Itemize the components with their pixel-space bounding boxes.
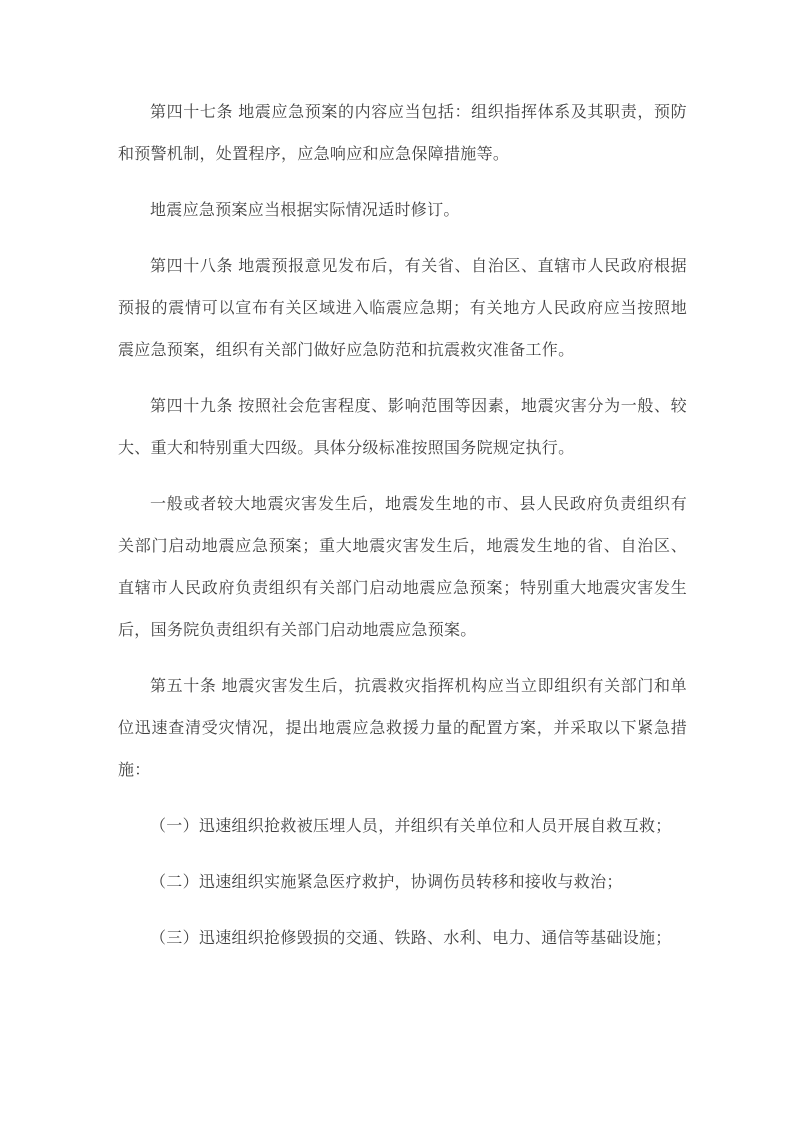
paragraph-article-48: 第四十八条 地震预报意见发布后，有关省、自治区、直辖市人民政府根据预报的震情可以… xyxy=(118,246,687,372)
paragraph-measure-item-3: （三）迅速组织抢修毁损的交通、铁路、水利、电力、通信等基础设施； xyxy=(118,918,687,960)
paragraph-article-47: 第四十七条 地震应急预案的内容应当包括：组织指挥体系及其职责，预防和预警机制，处… xyxy=(118,92,687,176)
paragraph-article-49: 第四十九条 按照社会危害程度、影响范围等因素，地震灾害分为一般、较大、重大和特别… xyxy=(118,386,687,470)
paragraph-plan-revision: 地震应急预案应当根据实际情况适时修订。 xyxy=(118,190,687,232)
paragraph-measure-item-1: （一）迅速组织抢救被压埋人员，并组织有关单位和人员开展自救互救； xyxy=(118,806,687,848)
document-page: 第四十七条 地震应急预案的内容应当包括：组织指挥体系及其职责，预防和预警机制，处… xyxy=(0,0,793,1122)
document-body: 第四十七条 地震应急预案的内容应当包括：组织指挥体系及其职责，预防和预警机制，处… xyxy=(118,92,687,960)
paragraph-disaster-level-response: 一般或者较大地震灾害发生后，地震发生地的市、县人民政府负责组织有关部门启动地震应… xyxy=(118,484,687,652)
paragraph-article-50: 第五十条 地震灾害发生后，抗震救灾指挥机构应当立即组织有关部门和单位迅速查清受灾… xyxy=(118,666,687,792)
paragraph-measure-item-2: （二）迅速组织实施紧急医疗救护，协调伤员转移和接收与救治； xyxy=(118,862,687,904)
